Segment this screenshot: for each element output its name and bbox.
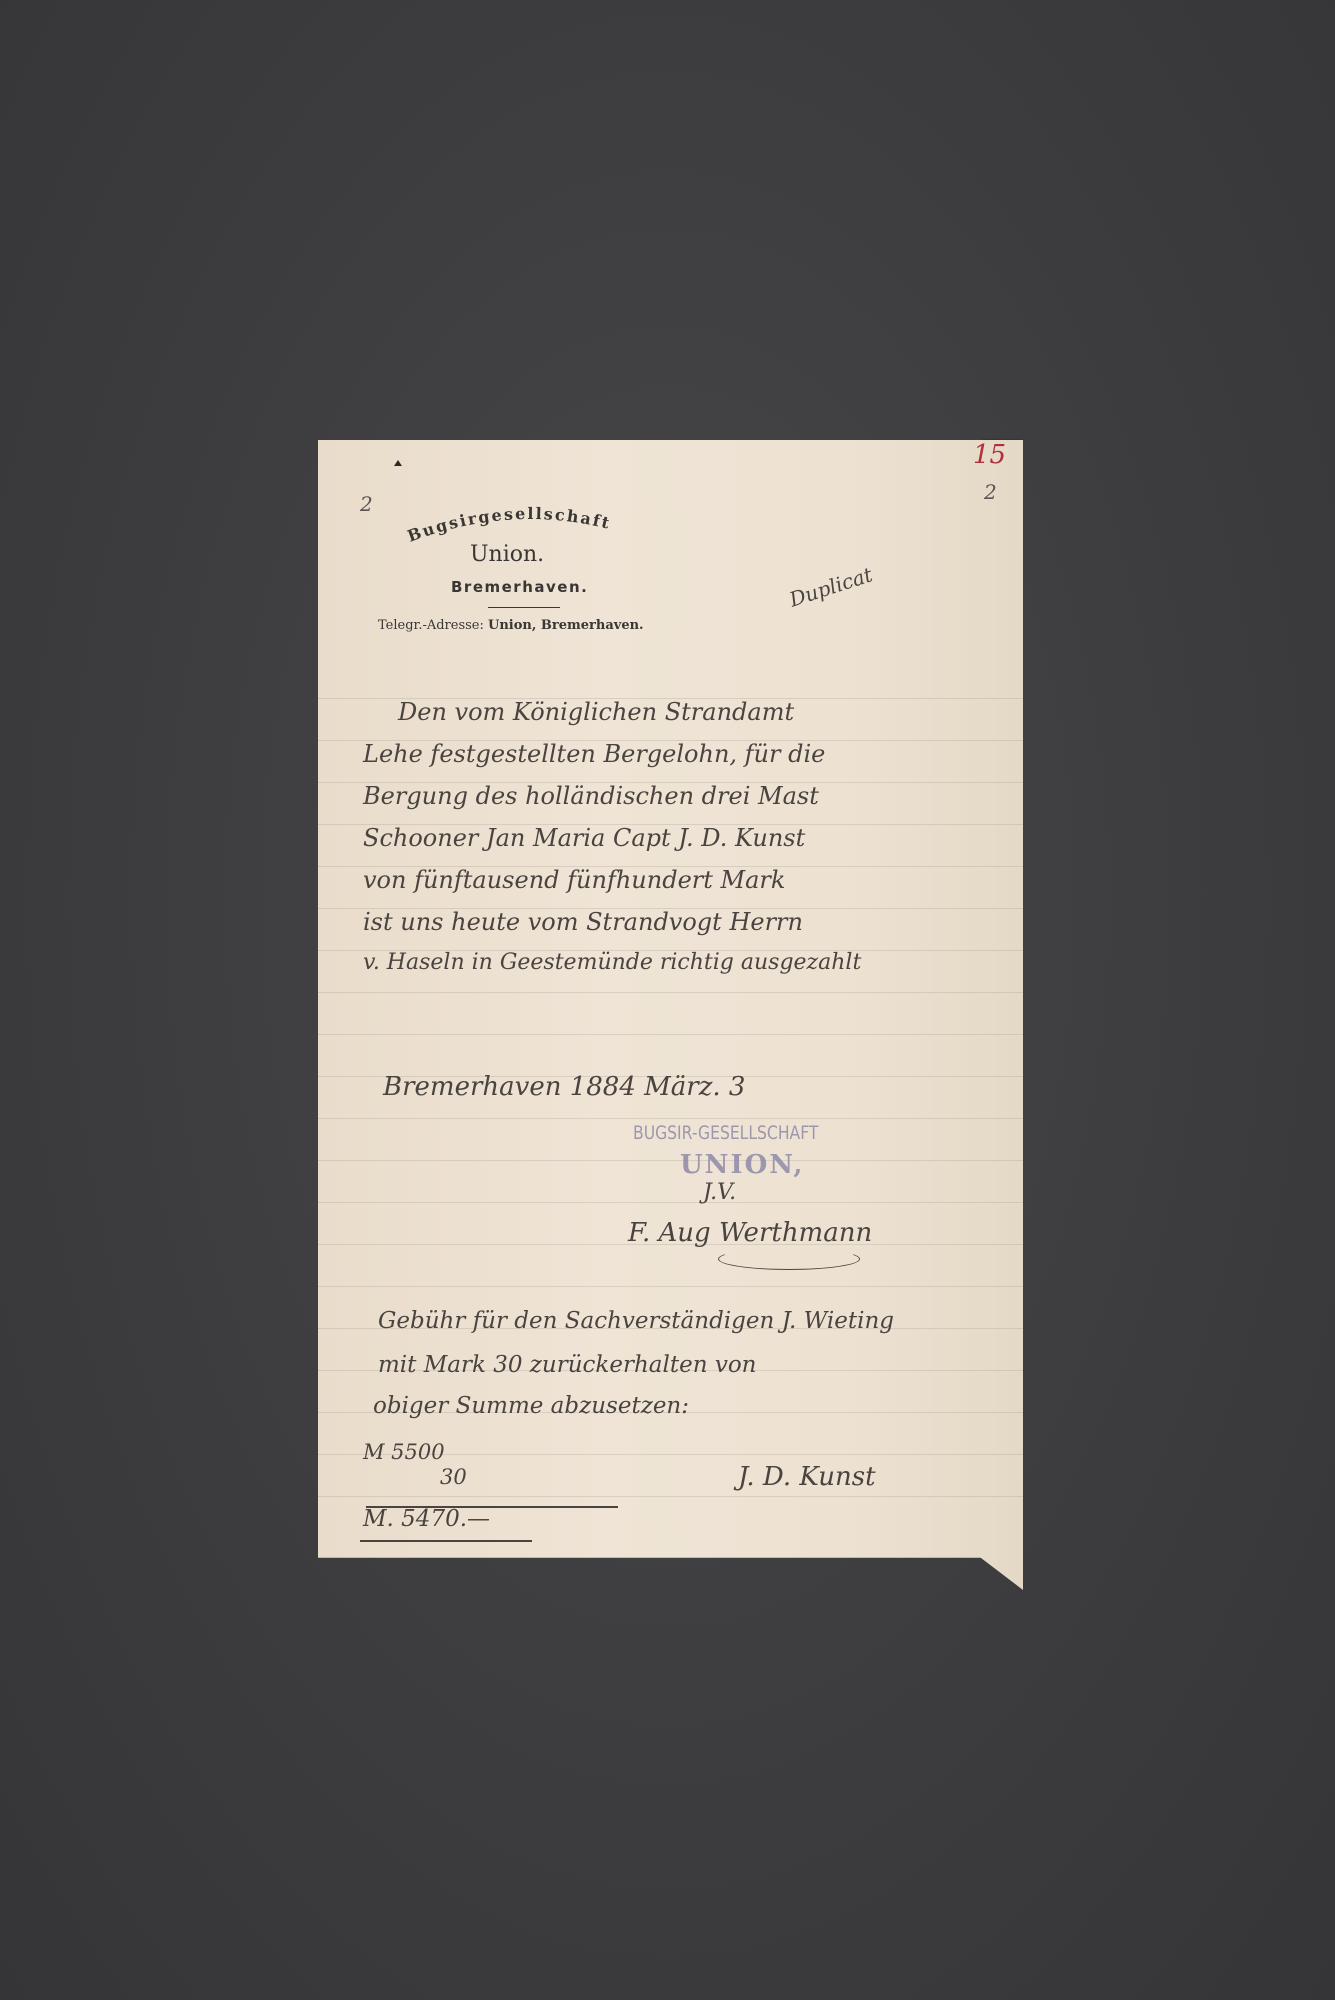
calc-line-2: 30 [440,1465,467,1489]
telegraph-label: Telegr.-Adresse: [378,618,484,633]
page-number-pencil-left: 2 [360,492,373,516]
svg-text:Bugsirgesellschaft: Bugsirgesellschaft [405,504,613,546]
signature-werthmann: F. Aug Werthmann [628,1218,872,1248]
letterhead-telegraph: Telegr.-Adresse: Union, Bremerhaven. [378,618,644,633]
ruled-line [318,992,1023,993]
calc-line-1: M 5500 [363,1440,445,1464]
telegraph-address: Union, Bremerhaven. [488,618,644,633]
postscript-line: Gebühr für den Sachverständigen J. Wieti… [378,1308,894,1334]
duplicate-mark: Duplicat [786,562,875,611]
letterhead-divider [488,607,560,608]
letterhead-city: Bremerhaven. [451,578,588,596]
ruled-line [318,1118,1023,1119]
body-line: v. Haseln in Geestemünde richtig ausgeza… [363,950,861,975]
folio-number-red: 15 [973,440,1006,470]
body-line: Den vom Königlichen Strandamt [398,698,794,726]
ruled-line [318,1286,1023,1287]
ruled-line [318,1160,1023,1161]
ruled-line [318,1034,1023,1035]
folio-number-pencil: 2 [984,480,997,504]
company-stamp-line2: UNION, [680,1150,804,1180]
body-line: ist uns heute vom Strandvogt Herrn [363,908,803,936]
company-stamp-line1: BUGSIR-GESELLSCHAFT [633,1122,818,1144]
body-line: Schooner Jan Maria Capt J. D. Kunst [363,824,805,852]
body-line: Bergung des holländischen drei Mast [363,782,819,810]
signature-kunst: J. D. Kunst [738,1462,876,1492]
postscript-line: mit Mark 30 zurückerhalten von [378,1352,756,1378]
company-arc-text: Bugsirgesellschaft [405,504,613,546]
pin-hole-mark [394,460,402,466]
ruled-line [318,1202,1023,1203]
body-line: Lehe festgestellten Bergelohn, für die [363,740,825,768]
letterhead-company-arc: Bugsirgesellschaft [400,500,660,540]
calc-total: M. 5470.— [363,1506,490,1532]
ruled-line [318,1496,1023,1497]
signature-flourish [718,1248,860,1270]
document-page: 2 Bugsirgesellschaft Union. Bremerhaven.… [318,440,1023,1590]
calc-total-underline [360,1540,532,1542]
dateline: Bremerhaven 1884 März. 3 [383,1072,745,1102]
signature-iv: J.V. [703,1180,736,1205]
body-line: von fünftausend fünfhundert Mark [363,866,785,894]
postscript-line: obiger Summe abzusetzen: [373,1393,689,1419]
letterhead-name: Union. [470,542,544,567]
